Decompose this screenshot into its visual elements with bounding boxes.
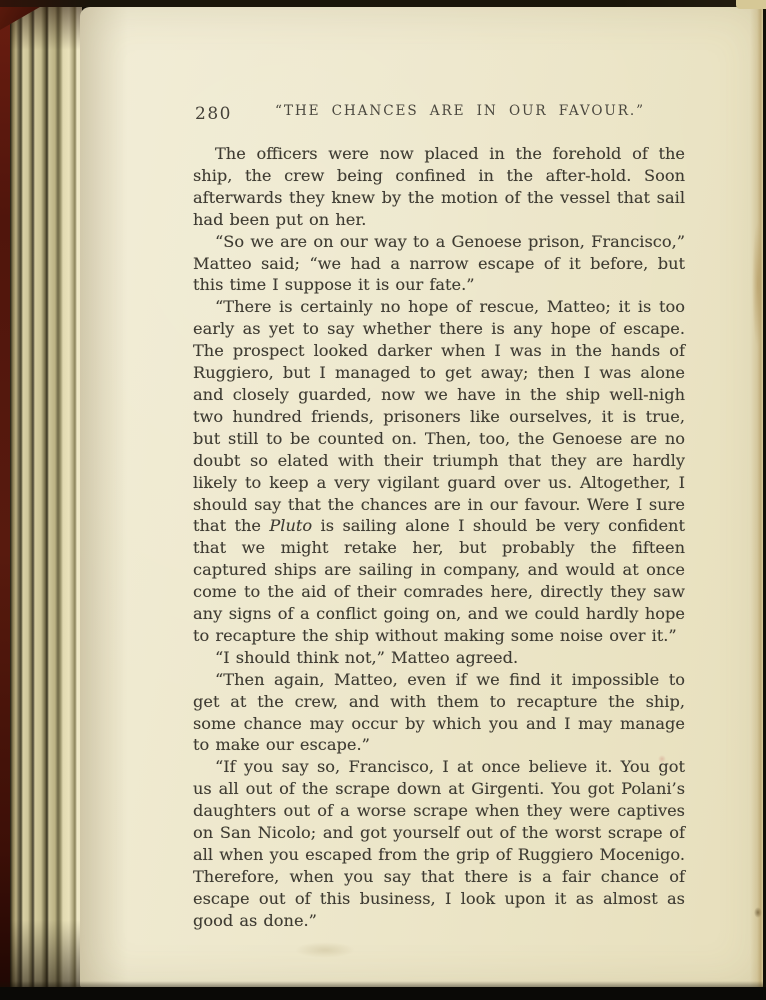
paragraph-text: “If you say so, Francisco, I at once bel… bbox=[193, 757, 685, 929]
top-edge-shadow bbox=[0, 0, 766, 7]
paragraph-text: “So we are on our way to a Genoese priso… bbox=[193, 232, 685, 295]
paragraph: “Then again, Matteo, even if we find it … bbox=[193, 669, 685, 757]
paragraph-text: The officers were now placed in the fore… bbox=[193, 144, 685, 229]
paragraph: “If you say so, Francisco, I at once bel… bbox=[193, 756, 685, 931]
paragraph: “I should think not,” Matteo agreed. bbox=[193, 647, 685, 669]
page-stain bbox=[754, 907, 762, 918]
paragraph-text: “Then again, Matteo, even if we find it … bbox=[193, 670, 685, 755]
page-number: 280 bbox=[195, 104, 232, 124]
page-header: 280 “THE CHANCES ARE IN OUR FAVOUR.” bbox=[193, 103, 685, 126]
running-header: “THE CHANCES ARE IN OUR FAVOUR.” bbox=[193, 103, 685, 119]
paragraph: “So we are on our way to a Genoese priso… bbox=[193, 231, 685, 297]
scanned-page: 280 “THE CHANCES ARE IN OUR FAVOUR.” The… bbox=[80, 7, 763, 988]
page-stain bbox=[751, 222, 762, 347]
ship-name-italic: Pluto bbox=[269, 516, 312, 535]
paragraph-text: is sailing alone I should be very confid… bbox=[193, 516, 685, 645]
paragraph-text: “There is certainly no hope of rescue, M… bbox=[193, 297, 685, 535]
paragraph: “There is certainly no hope of rescue, M… bbox=[193, 296, 685, 647]
paragraph-text: “I should think not,” Matteo agreed. bbox=[215, 648, 518, 667]
book-photo: 280 “THE CHANCES ARE IN OUR FAVOUR.” The… bbox=[0, 0, 766, 1000]
stacked-page-edges bbox=[10, 0, 82, 1000]
bottom-dark-strip bbox=[0, 987, 766, 1000]
page-content: 280 “THE CHANCES ARE IN OUR FAVOUR.” The… bbox=[193, 103, 685, 932]
paragraph: The officers were now placed in the fore… bbox=[193, 143, 685, 231]
body-text: The officers were now placed in the fore… bbox=[193, 143, 685, 932]
page-stain bbox=[295, 942, 355, 958]
top-right-page-sliver bbox=[736, 0, 766, 9]
